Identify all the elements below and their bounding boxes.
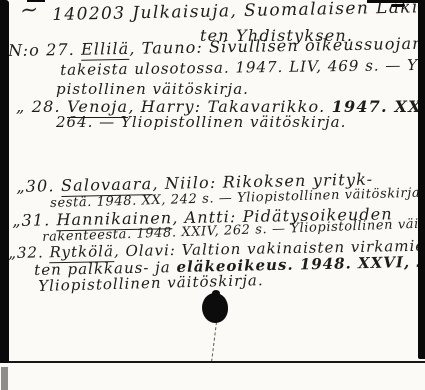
entry-27-title-start: , Tauno: Sivullisen oikeussuojan <box>129 34 424 58</box>
entry-30-number: „30. <box>16 176 61 196</box>
scan-edge-top <box>367 0 425 3</box>
hole-punch-nub <box>212 290 220 296</box>
entry-28-line-2: 264. — Yliopistollinen väitöskirja. <box>56 113 346 131</box>
scanned-catalog-card: ~ 140203 Julkaisuja, Suomalaisen Lakimie… <box>0 0 425 390</box>
crease-line <box>211 322 217 362</box>
card-header-line-1: 140203 Julkaisuja, Suomalaisen Lakimies- <box>52 0 425 25</box>
entry-32-year-pages: 1948. XXVI, 333 s. <box>293 252 425 274</box>
entry-32-number: „32. <box>8 243 50 262</box>
scan-edge-top-dash2 <box>391 4 405 7</box>
scan-edge-left <box>0 0 9 363</box>
scan-edge-right <box>418 0 425 359</box>
scan-edge-left-lower <box>1 367 8 390</box>
entry-27-line-3: pistollinen väitöskirja. <box>56 80 249 98</box>
entry-31-number: „31. <box>12 210 57 230</box>
scan-edge-top-dash <box>27 0 45 2</box>
hole-punch-mark <box>202 293 228 323</box>
entry-27-author-name: Ellilä <box>81 39 130 61</box>
corner-squiggle-mark: ~ <box>19 0 40 24</box>
entry-27-number: N:o 27. <box>8 40 81 60</box>
baseline-rule <box>0 361 425 363</box>
